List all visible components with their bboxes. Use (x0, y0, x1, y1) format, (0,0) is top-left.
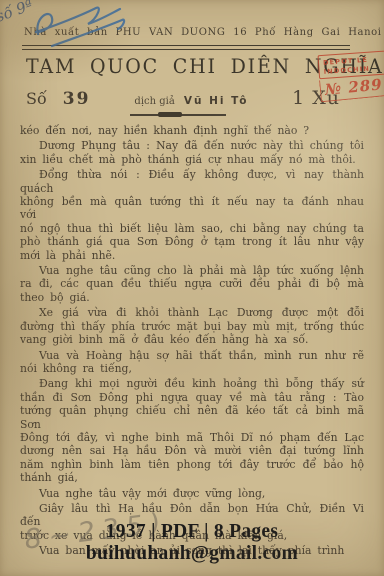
paragraph: Vua nghe tâu vậy mới được vững lòng, (20, 487, 364, 500)
ornament-underline (130, 114, 226, 116)
watermark-line1: 1937 | PDF | 8 Pages (0, 521, 384, 543)
text-line: vang giời binh mã ở đâu kéo đến hằng hà … (20, 333, 364, 346)
paragraph: Đang khi mọi người đều kinh hoảng thì bỗ… (20, 377, 364, 484)
issue-number: 39 (63, 89, 91, 109)
paragraph: Dương Phụng tâu : Nay đã đến nước này th… (20, 139, 364, 166)
paragraph: Đổng thừa nói : Điều ấy không được, vì n… (20, 168, 364, 262)
text-line: tướng quân phụng chiếu chỉ nên đã kéo tấ… (20, 404, 364, 431)
signature-scribble (36, 8, 124, 46)
body-text: kéo đến nơi, nay hiền khanh định nghĩ th… (20, 124, 364, 560)
text-line: kéo đến nơi, nay hiền khanh định nghĩ th… (20, 124, 364, 137)
text-line: nói không ra tiếng, (20, 362, 364, 375)
text-line: Đang khi mọi người đều kinh hoảng thì bỗ… (20, 377, 364, 390)
issue-label: Số (26, 89, 47, 108)
handwriting-ink-signature: số 9ª (0, 0, 154, 62)
text-line: Đổng thừa nói : Điều ấy không được, vì n… (20, 168, 364, 195)
watermark-credit: 1937 | PDF | 8 Pages buihuuhanh@gmail.co… (0, 521, 384, 565)
paragraph: kéo đến nơi, nay hiền khanh định nghĩ th… (20, 124, 364, 137)
paragraph: Vua và Hoàng hậu sợ hãi thất thần, mình … (20, 349, 364, 376)
text-line: Vua và Hoàng hậu sợ hãi thất thần, mình … (20, 349, 364, 362)
text-line: Dương Phụng tâu : Nay đã đến nước này th… (20, 139, 364, 152)
paragraph: Vua nghe tâu cũng cho là phải mà lập tức… (20, 264, 364, 304)
text-line: thánh giá, (20, 471, 364, 484)
translator-label: dịch giả (134, 96, 174, 107)
text-line: Vua nghe tâu vậy mới được vững lòng, (20, 487, 364, 500)
text-line: nó ngộ thua thì biết liệu làm sao, chi b… (20, 222, 364, 235)
issue-info-row: Số 39 dịch giả Vũ Hi Tô 1 Xu (26, 87, 340, 109)
text-line: dương nên sai Hạ hầu Đôn và mười viên đạ… (20, 444, 364, 457)
scanned-book-page: số 9ª Nhà xuất bản PHU VAN DUONG 16 Phố … (0, 0, 384, 576)
text-line: phò thánh giá qua Sơn Đông ở tạm trong í… (20, 235, 364, 248)
text-line: năm nghìn binh làm tiên phong tới đây tr… (20, 458, 364, 471)
text-line: theo bộ giá. (20, 291, 364, 304)
text-line: mới là phải nhẽ. (20, 249, 364, 262)
text-line: đường thì thấy phía trước mặt bụi bay mù… (20, 320, 364, 333)
text-line: Đông tới đây, vì nghe binh mã Thôi Dĩ nó… (20, 431, 364, 444)
translator-name: Vũ Hi Tô (184, 95, 249, 107)
text-line: ra đi, các quan đều thiếu ngựa cưỡi đều … (20, 277, 364, 290)
depot-legal-stamp: DEPOT LE INDOCHIN № 289 (318, 49, 384, 101)
paragraph: Xe giá vừa đi khỏi thành Lạc Dương được … (20, 306, 364, 346)
text-line: thần đi Sơn Đông phi ngựa quay về mà tâu… (20, 391, 364, 404)
text-line: xin liều chết mà phò thánh giá cự nhau m… (20, 153, 364, 166)
handwriting-top-left-text: số 9ª (0, 0, 35, 26)
text-line: không bền mà quân tướng thì ít nếu nay t… (20, 195, 364, 222)
watermark-line2: buihuuhanh@gmail.com (0, 543, 384, 565)
text-line: Vua nghe tâu cũng cho là phải mà lập tức… (20, 264, 364, 277)
text-line: Xe giá vừa đi khỏi thành Lạc Dương được … (20, 306, 364, 319)
